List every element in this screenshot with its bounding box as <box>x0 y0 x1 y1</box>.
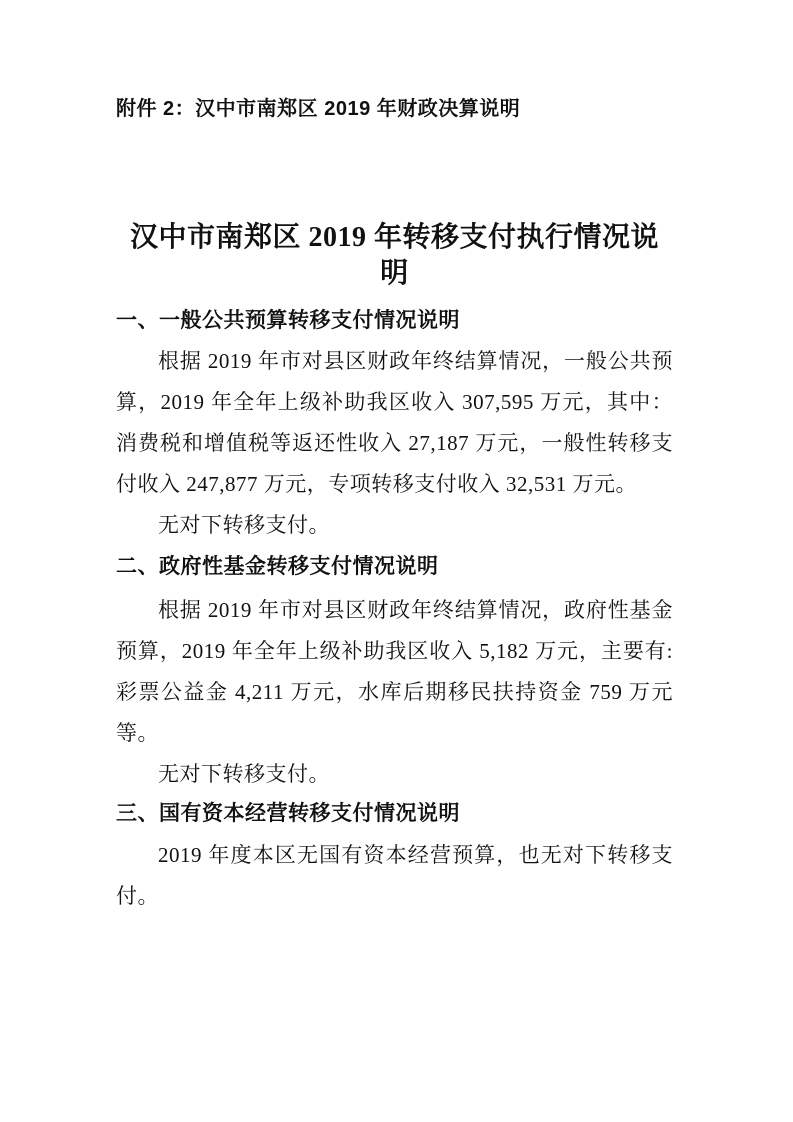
section-state-capital: 三、国有资本经营转移支付情况说明 2019 年度本区无国有资本经营预算，也无对下… <box>116 799 673 917</box>
section-3-heading: 三、国有资本经营转移支付情况说明 <box>116 799 673 829</box>
section-1-heading: 一、一般公共预算转移支付情况说明 <box>116 306 673 336</box>
document-title: 汉中市南郑区 2019 年转移支付执行情况说明 <box>116 220 673 292</box>
section-2-heading: 二、政府性基金转移支付情况说明 <box>116 552 673 582</box>
section-government-funds: 二、政府性基金转移支付情况说明 根据 2019 年市对县区财政年终结算情况，政府… <box>116 552 673 795</box>
document-page: 附件 2：汉中市南郑区 2019 年财政决算说明 汉中市南郑区 2019 年转移… <box>0 0 793 1122</box>
section-1-paragraph-2: 无对下转移支付。 <box>116 505 673 546</box>
section-3-paragraph-1: 2019 年度本区无国有资本经营预算，也无对下转移支付。 <box>116 835 673 917</box>
section-2-paragraph-1: 根据 2019 年市对县区财政年终结算情况，政府性基金预算，2019 年全年上级… <box>116 590 673 754</box>
section-general-public-budget: 一、一般公共预算转移支付情况说明 根据 2019 年市对县区财政年终结算情况，一… <box>116 306 673 546</box>
section-1-paragraph-1: 根据 2019 年市对县区财政年终结算情况，一般公共预算，2019 年全年上级补… <box>116 341 673 505</box>
section-2-paragraph-2: 无对下转移支付。 <box>116 754 673 795</box>
attachment-note: 附件 2：汉中市南郑区 2019 年财政决算说明 <box>116 96 673 122</box>
